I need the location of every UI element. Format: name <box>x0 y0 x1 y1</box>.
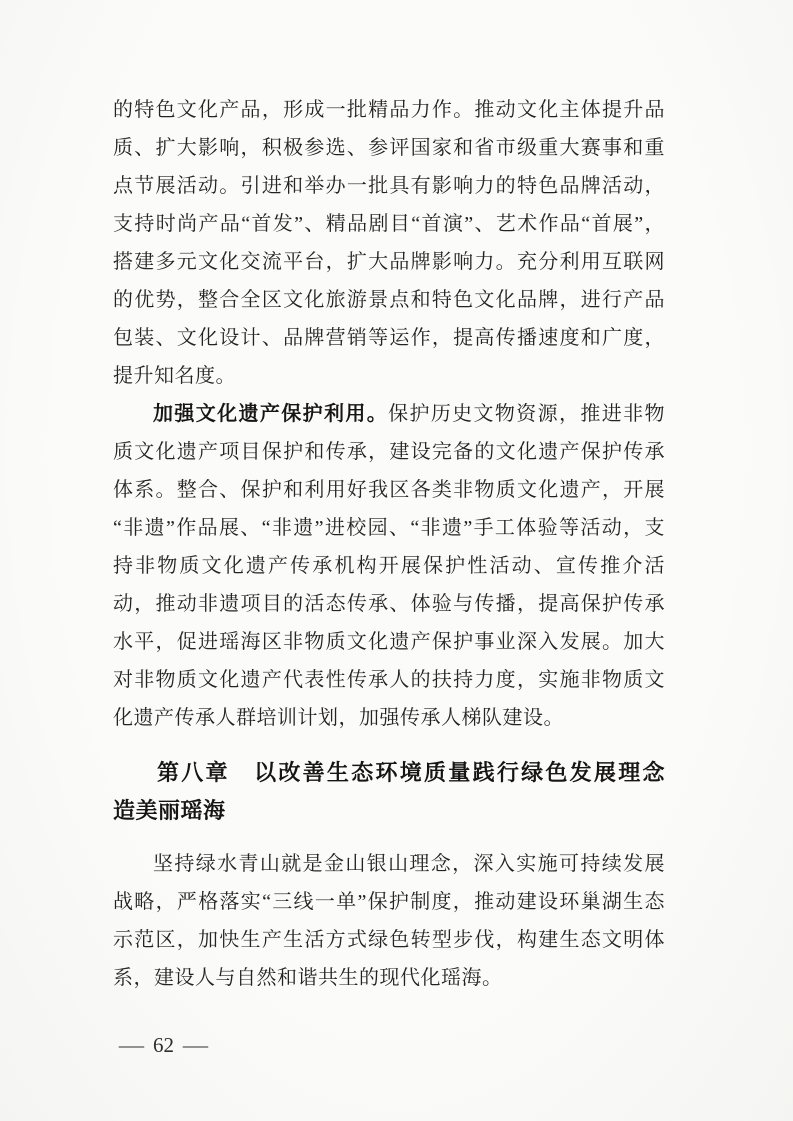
text-line: 持非物质文化遗产传承机构开展保护性活动、宣传推介活 <box>113 547 665 585</box>
chapter-heading-line: 第八章 以改善生态环境质量践行绿色发展理念 打 <box>113 754 665 792</box>
page-number-footer: — 62 — <box>121 1033 206 1058</box>
text-line: 体系。整合、保护和利用好我区各类非物质文化遗产，开展 <box>113 471 665 509</box>
text-line: 的特色文化产品，形成一批精品力作。推动文化主体提升品 <box>113 91 665 129</box>
footer-dash-left: — <box>119 1033 144 1058</box>
text-line: 坚持绿水青山就是金山银山理念，深入实施可持续发展 <box>113 845 665 883</box>
chapter-heading: 第八章 以改善生态环境质量践行绿色发展理念 打 造美丽瑶海 <box>113 754 665 830</box>
text-line: 系，建设人与自然和谐共生的现代化瑶海。 <box>113 959 665 997</box>
paragraph-green-development: 坚持绿水青山就是金山银山理念，深入实施可持续发展 战略，严格落实“三线一单”保护… <box>113 845 665 997</box>
text-line: 加强文化遗产保护利用。保护历史文物资源，推进非物 <box>113 395 665 433</box>
text-line: 包装、文化设计、品牌营销等运作，提高传播速度和广度， <box>113 319 665 357</box>
text-line: 对非物质文化遗产代表性传承人的扶持力度，实施非物质文 <box>113 661 665 699</box>
text-line: 水平，促进瑶海区非物质文化遗产保护事业深入发展。加大 <box>113 623 665 661</box>
text-line: 动，推动非遗项目的活态传承、体验与传播，提高保护传承 <box>113 585 665 623</box>
footer-dash-right: — <box>183 1033 208 1058</box>
scanned-document-page: 的特色文化产品，形成一批精品力作。推动文化主体提升品 质、扩大影响，积极参选、参… <box>0 0 793 1121</box>
chapter-heading-line: 造美丽瑶海 <box>113 792 665 830</box>
paragraph-lead-bold: 加强文化遗产保护利用。 <box>153 403 388 425</box>
text-line: “非遗”作品展、“非遗”进校园、“非遗”手工体验等活动，支 <box>113 509 665 547</box>
page-content: 的特色文化产品，形成一批精品力作。推动文化主体提升品 质、扩大影响，积极参选、参… <box>113 91 665 997</box>
text-line: 搭建多元文化交流平台，扩大品牌影响力。充分利用互联网 <box>113 243 665 281</box>
text-line: 质文化遗产项目保护和传承，建设完备的文化遗产保护传承 <box>113 433 665 471</box>
text-line: 战略，严格落实“三线一单”保护制度，推动建设环巢湖生态 <box>113 883 665 921</box>
page-number: 62 <box>153 1033 174 1058</box>
text-line: 支持时尚产品“首发”、精品剧目“首演”、艺术作品“首展”， <box>113 205 665 243</box>
text-line: 点节展活动。引进和举办一批具有影响力的特色品牌活动， <box>113 167 665 205</box>
paragraph-culture-brands: 的特色文化产品，形成一批精品力作。推动文化主体提升品 质、扩大影响，积极参选、参… <box>113 91 665 395</box>
text-line: 示范区，加快生产生活方式绿色转型步伐，构建生态文明体 <box>113 921 665 959</box>
text-line: 质、扩大影响，积极参选、参评国家和省市级重大赛事和重 <box>113 129 665 167</box>
text-line: 提升知名度。 <box>113 357 665 395</box>
text-line: 的优势，整合全区文化旅游景点和特色文化品牌，进行产品 <box>113 281 665 319</box>
paragraph-heritage-protection: 加强文化遗产保护利用。保护历史文物资源，推进非物 质文化遗产项目保护和传承，建设… <box>113 395 665 737</box>
text-run: 保护历史文物资源，推进非物 <box>388 403 665 425</box>
text-line: 化遗产传承人群培训计划，加强传承人梯队建设。 <box>113 699 665 737</box>
